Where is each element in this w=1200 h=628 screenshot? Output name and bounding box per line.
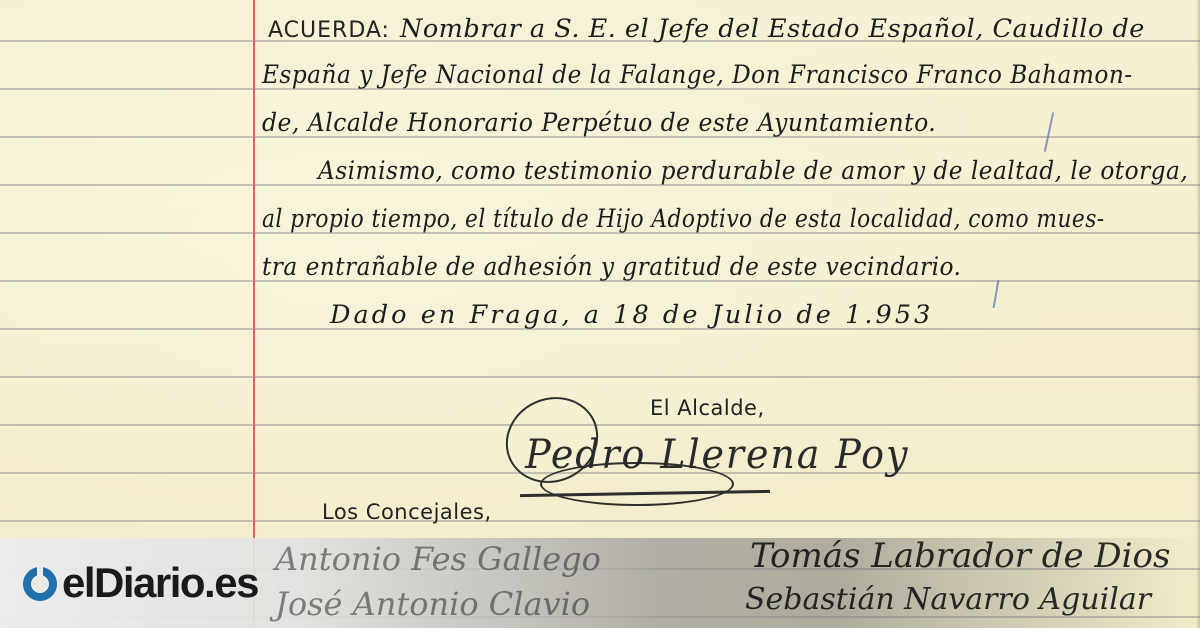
councillors-label: Los Concejales, <box>322 500 492 524</box>
document-line-6: tra entrañable de adhesión y gratitud de… <box>262 252 961 281</box>
document-line-2: España y Jefe Nacional de la Falange, Do… <box>262 60 1133 89</box>
councillor-signature-4: Sebastián Navarro Aguilar <box>745 582 1151 617</box>
mayor-label: El Alcalde, <box>650 396 765 420</box>
page-edge-shadow <box>1196 0 1200 628</box>
mayor-signature: Pedro Llerena Poy <box>525 432 909 478</box>
eldiario-logo[interactable]: elDiario.es <box>22 558 258 608</box>
councillor-signature-3: Tomás Labrador de Dios <box>750 536 1170 576</box>
heading-acuerda: ACUERDA: <box>268 18 390 43</box>
date-line: Dado en Fraga, a 18 de Julio de 1.953 <box>330 300 933 329</box>
ruled-line <box>0 376 1200 378</box>
document-line-1: Nombrar a S. E. el Jefe del Estado Españ… <box>400 14 1145 43</box>
councillor-signature-1: Antonio Fes Gallego <box>275 540 601 578</box>
document-line-3: de, Alcalde Honorario Perpétuo de este A… <box>262 108 936 137</box>
document-line-4: Asimismo, como testimonio perdurable de … <box>318 156 1188 185</box>
ruled-line <box>0 520 1200 522</box>
ruled-line <box>0 424 1200 426</box>
councillor-signature-2: José Antonio Clavio <box>275 585 590 623</box>
document-line-5: al propio tiempo, el título de Hijo Adop… <box>262 204 1105 233</box>
logo-wordmark: elDiario.es <box>62 559 258 607</box>
eldiario-ring-icon <box>22 565 58 601</box>
red-margin-line <box>253 0 255 628</box>
